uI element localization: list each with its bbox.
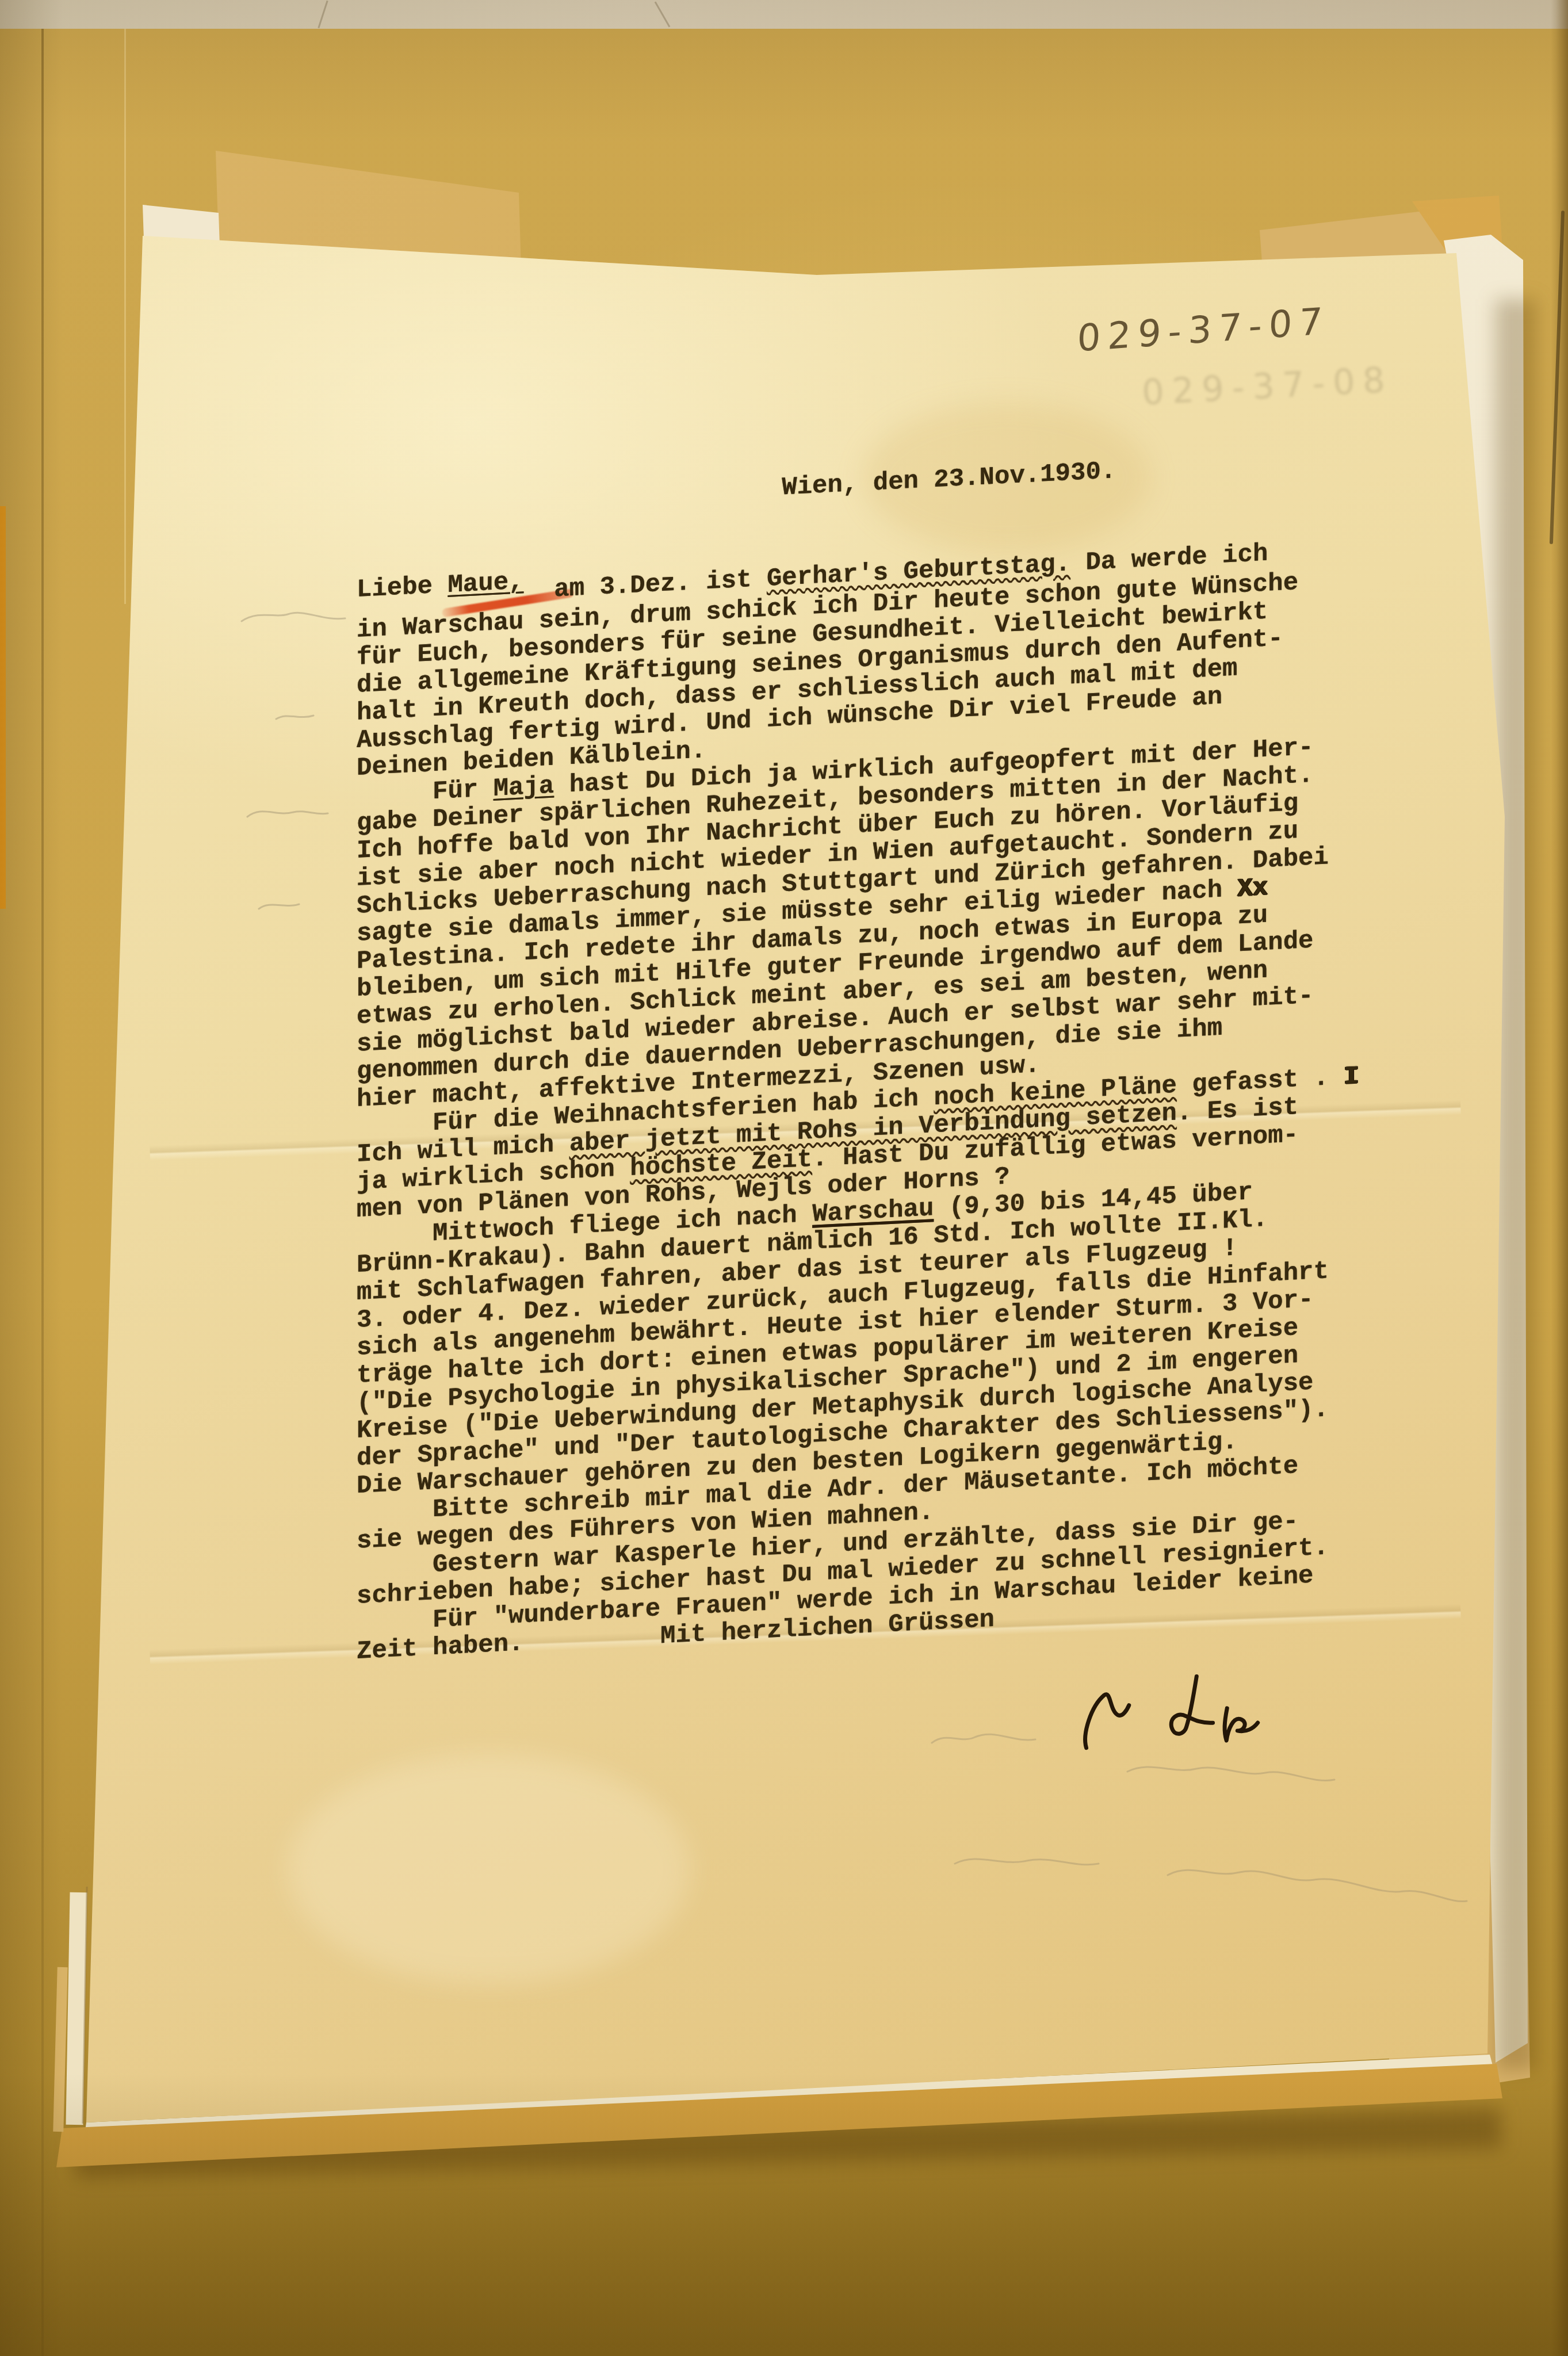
archival-letter-photo: 029-37-07 029-37-08 Wien, den 23.Nov.193… xyxy=(0,0,1568,2356)
album-page-edge xyxy=(1551,0,1568,2356)
photo-vignette xyxy=(0,0,1568,2356)
